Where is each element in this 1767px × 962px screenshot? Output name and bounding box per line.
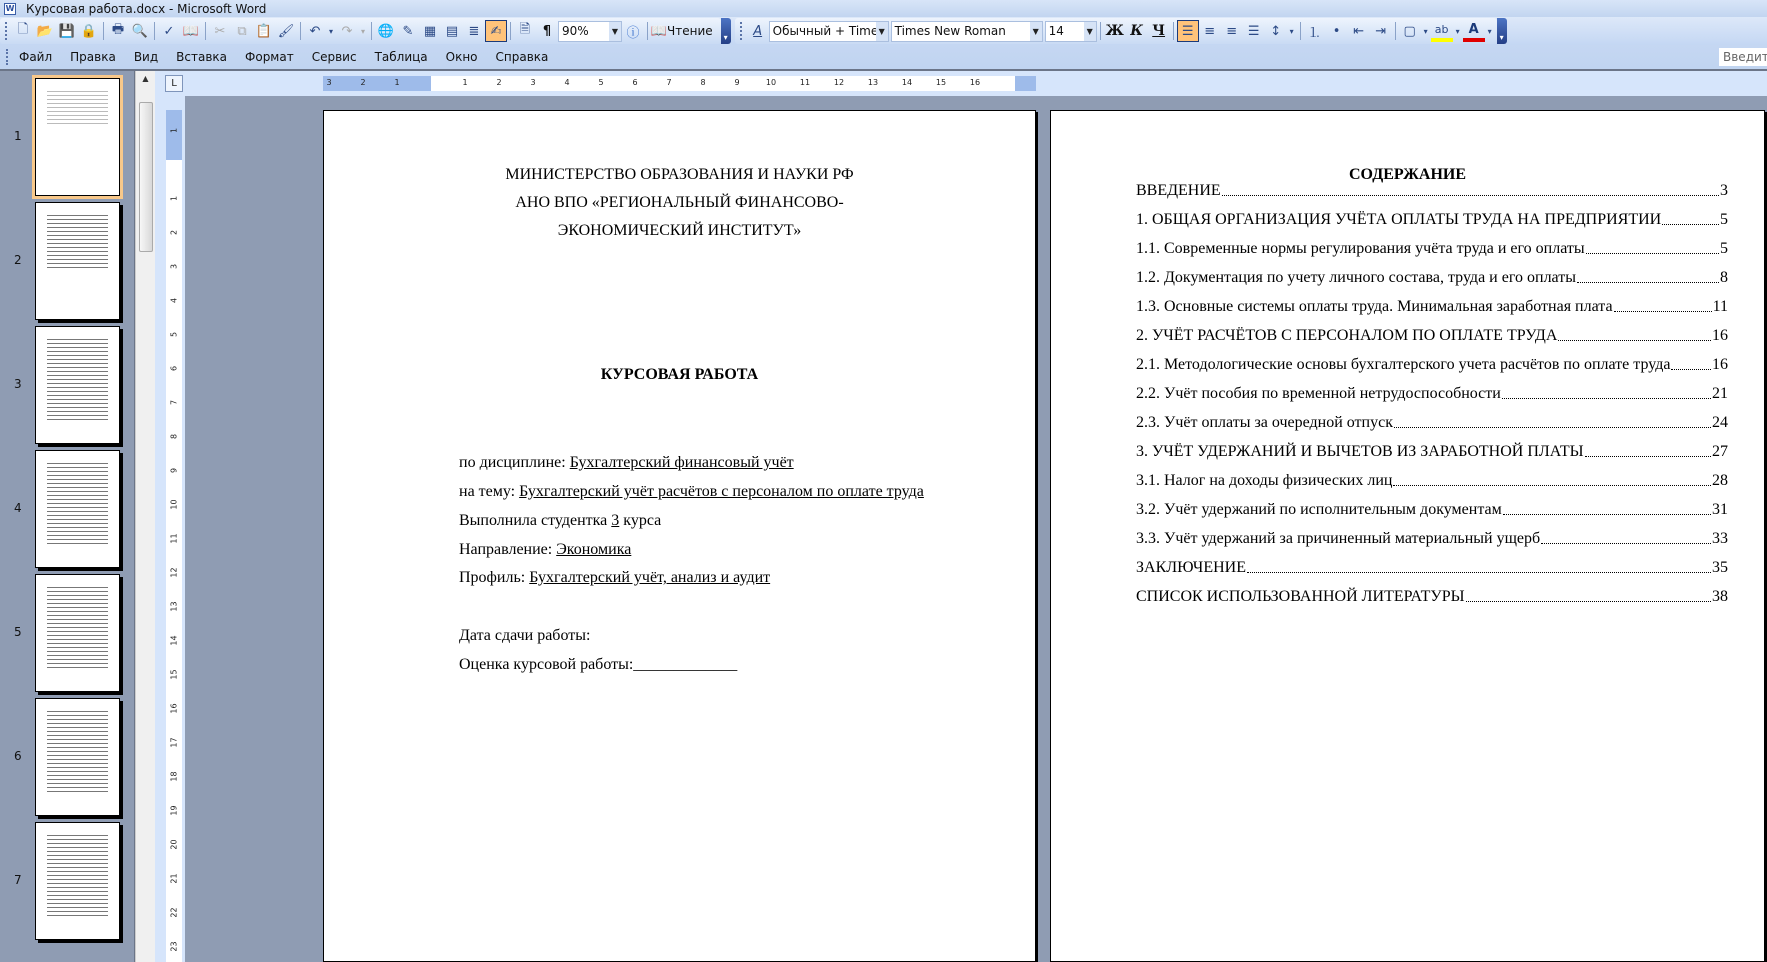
- toolbar-grip[interactable]: [5, 22, 9, 40]
- toc-entry[interactable]: 2.2. Учёт пособия по временной нетрудосп…: [1136, 384, 1728, 404]
- ruler-tick: 15: [170, 667, 179, 683]
- ruler-tick: 16: [170, 701, 179, 717]
- align-left-icon[interactable]: ☰: [1177, 20, 1199, 42]
- font-color-icon[interactable]: A: [1463, 20, 1485, 42]
- thumbnail-page-number: 5: [14, 625, 22, 639]
- toc-entry[interactable]: 3.3. Учёт удержаний за причиненный матер…: [1136, 529, 1728, 549]
- ruler-tick: 1: [462, 78, 467, 87]
- save-icon[interactable]: 💾: [56, 20, 78, 42]
- justify-icon[interactable]: ☰: [1243, 20, 1265, 42]
- horizontal-ruler[interactable]: 32112345678910111213141516: [323, 76, 1036, 91]
- menu-insert[interactable]: Вставка: [167, 50, 236, 64]
- discipline-line: по дисциплине: Бухгалтерский финансовый …: [459, 453, 794, 473]
- ruler-tick: 20: [170, 837, 179, 853]
- thumbnail-page-number: 1: [14, 129, 22, 143]
- ruler-tick: 9: [734, 78, 739, 87]
- ruler-tick: 2: [496, 78, 501, 87]
- font-color-dropdown-icon[interactable]: ▾: [1485, 20, 1495, 42]
- insert-excel-icon[interactable]: ▤: [441, 20, 463, 42]
- format-painter-icon[interactable]: 🖌: [275, 20, 297, 42]
- toc-entry[interactable]: 1.3. Основные системы оплаты труда. Мини…: [1136, 297, 1728, 317]
- font-size-select[interactable]: 14▼: [1045, 21, 1097, 42]
- ruler-tick: 14: [170, 633, 179, 649]
- italic-button[interactable]: К: [1126, 20, 1148, 42]
- redo-icon[interactable]: ↷: [336, 20, 358, 42]
- menu-tools[interactable]: Сервис: [303, 50, 366, 64]
- undo-dropdown-icon[interactable]: ▾: [326, 20, 336, 42]
- ruler-tick: 14: [902, 78, 912, 87]
- page-thumbnail[interactable]: [35, 822, 120, 940]
- menu-file[interactable]: Файл: [10, 50, 61, 64]
- document-map-icon[interactable]: 🗎: [514, 20, 536, 42]
- research-icon[interactable]: 📖: [180, 20, 202, 42]
- page-title-page[interactable]: МИНИСТЕРСТВО ОБРАЗОВАНИЯ И НАУКИ РФ АНО …: [323, 110, 1036, 962]
- ruler-tick: 9: [170, 463, 179, 479]
- insert-table-icon[interactable]: ▦: [419, 20, 441, 42]
- borders-dropdown-icon[interactable]: ▾: [1421, 20, 1431, 42]
- font-select[interactable]: Times New Roman▼: [891, 21, 1043, 42]
- undo-icon[interactable]: ↶: [304, 20, 326, 42]
- formatting-toolbar: A Обычный + Times▼ Times New Roman▼ 14▼ …: [735, 18, 1497, 44]
- ruler-tick: 21: [170, 871, 179, 887]
- page-thumbnail[interactable]: [35, 574, 120, 692]
- help-search-input[interactable]: Введите вопрос: [1719, 48, 1767, 66]
- ruler-tick: 5: [598, 78, 603, 87]
- thumbnail-page-number: 3: [14, 377, 22, 391]
- word-icon[interactable]: W: [4, 3, 16, 15]
- reading-mode-icon[interactable]: 📖: [651, 20, 667, 42]
- paste-icon[interactable]: 📋: [253, 20, 275, 42]
- bold-button[interactable]: Ж: [1104, 20, 1126, 42]
- ruler-tick: 13: [868, 78, 878, 87]
- tables-borders-icon[interactable]: ✎: [397, 20, 419, 42]
- profile-line: Профиль: Бухгалтерский учёт, анализ и ау…: [459, 568, 770, 588]
- show-formatting-icon[interactable]: ¶: [536, 20, 558, 42]
- ruler-tick: 1: [394, 78, 399, 87]
- highlight-icon[interactable]: ab: [1431, 20, 1453, 42]
- page-thumbnail[interactable]: [35, 450, 120, 568]
- line-spacing-dropdown-icon[interactable]: ▾: [1287, 20, 1297, 42]
- ruler-tick: 8: [700, 78, 705, 87]
- ruler-tick: 23: [170, 939, 179, 955]
- institution-header: МИНИСТЕРСТВО ОБРАЗОВАНИЯ И НАУКИ РФ АНО …: [324, 161, 1035, 245]
- thumbnail-scrollbar[interactable]: ▲: [135, 71, 155, 962]
- print-icon[interactable]: 🖶: [107, 20, 129, 42]
- grade-line: Оценка курсовой работы:_____________: [459, 655, 737, 675]
- spelling-icon[interactable]: ✓: [158, 20, 180, 42]
- menu-edit[interactable]: Правка: [61, 50, 125, 64]
- print-preview-icon[interactable]: 🔍: [129, 20, 151, 42]
- ruler-tick: 4: [564, 78, 569, 87]
- menu-format[interactable]: Формат: [236, 50, 303, 64]
- numbering-icon[interactable]: ⒈: [1304, 20, 1326, 42]
- ruler-tick: 11: [800, 78, 810, 87]
- highlight-dropdown-icon[interactable]: ▾: [1453, 20, 1463, 42]
- ruler-tick: 7: [170, 395, 179, 411]
- toolbar-options-button[interactable]: ▾: [1497, 18, 1507, 44]
- ruler-tick: 19: [170, 803, 179, 819]
- toc-entry[interactable]: 2.3. Учёт оплаты за очередной отпуск24: [1136, 413, 1728, 433]
- page-contents[interactable]: СОДЕРЖАНИЕ ВВЕДЕНИЕ31. ОБЩАЯ ОРГАНИЗАЦИЯ…: [1050, 110, 1765, 962]
- ruler-tick: 6: [632, 78, 637, 87]
- align-right-icon[interactable]: ≡: [1221, 20, 1243, 42]
- page-thumbnail[interactable]: [35, 698, 120, 816]
- window-title: Курсовая работа.docx - Microsoft Word: [26, 2, 266, 16]
- menu-help[interactable]: Справка: [487, 50, 558, 64]
- toc-entry[interactable]: 1. ОБЩАЯ ОРГАНИЗАЦИЯ УЧЁТА ОПЛАТЫ ТРУДА …: [1136, 210, 1728, 230]
- toolbar-options-button[interactable]: ▾: [721, 18, 731, 44]
- menu-view[interactable]: Вид: [125, 50, 167, 64]
- zoom-select[interactable]: 90%▼: [558, 21, 622, 42]
- topic-line: на тему: Бухгалтерский учёт расчётов с п…: [459, 482, 924, 502]
- ruler-tick: 10: [170, 497, 179, 513]
- toc-entry[interactable]: 2. УЧЁТ РАСЧЁТОВ С ПЕРСОНАЛОМ ПО ОПЛАТЕ …: [1136, 326, 1728, 346]
- ruler-tick: 5: [170, 327, 179, 343]
- scroll-up-icon[interactable]: ▲: [136, 71, 155, 87]
- ruler-tick: 6: [170, 361, 179, 377]
- page-thumbnail[interactable]: [35, 78, 120, 196]
- ruler-tick: 7: [666, 78, 671, 87]
- ruler-tick: 8: [170, 429, 179, 445]
- vertical-ruler[interactable]: 11234567891011121314151617181920212223: [166, 110, 182, 962]
- reading-mode-button[interactable]: Чтение: [667, 24, 719, 38]
- ruler-tick: 18: [170, 769, 179, 785]
- toc-entry[interactable]: 3. УЧЁТ УДЕРЖАНИЙ И ВЫЧЕТОВ ИЗ ЗАРАБОТНО…: [1136, 442, 1728, 462]
- toc-entry[interactable]: 1.2. Документация по учету личного соста…: [1136, 268, 1728, 288]
- date-line: Дата сдачи работы:: [459, 626, 590, 646]
- toc-entry[interactable]: 1.1. Современные нормы регулирования учё…: [1136, 239, 1728, 259]
- ruler-tick: 12: [834, 78, 844, 87]
- thumbnail-page-number: 4: [14, 501, 22, 515]
- ruler-tick: 16: [970, 78, 980, 87]
- menu-window[interactable]: Окно: [437, 50, 487, 64]
- toc-entry[interactable]: ВВЕДЕНИЕ3: [1136, 181, 1728, 201]
- menu-bar: Файл Правка Вид Вставка Формат Сервис Та…: [0, 45, 1767, 69]
- style-select[interactable]: Обычный + Times▼: [769, 21, 889, 42]
- bullets-icon[interactable]: •: [1326, 20, 1348, 42]
- chevron-down-icon[interactable]: ▼: [876, 22, 888, 41]
- direction-line: Направление: Экономика: [459, 540, 631, 560]
- ruler-tick: 1: [170, 191, 179, 207]
- ruler-tick: 1: [170, 123, 179, 139]
- title-bar: W Курсовая работа.docx - Microsoft Word: [0, 0, 1767, 17]
- page-thumbnail[interactable]: [35, 326, 120, 444]
- tab-selector-icon[interactable]: L: [165, 75, 183, 92]
- new-document-icon[interactable]: 🗋: [12, 20, 34, 42]
- toc-entry[interactable]: 3.2. Учёт удержаний по исполнительным до…: [1136, 500, 1728, 520]
- chevron-down-icon[interactable]: ▼: [1084, 22, 1096, 41]
- increase-indent-icon[interactable]: ⇥: [1370, 20, 1392, 42]
- ruler-tick: 4: [170, 293, 179, 309]
- thumbnail-pane: 1234567: [0, 71, 135, 962]
- ruler-tick: 17: [170, 735, 179, 751]
- line-spacing-icon[interactable]: ↕: [1265, 20, 1287, 42]
- decrease-indent-icon[interactable]: ⇤: [1348, 20, 1370, 42]
- open-folder-icon[interactable]: 📂: [34, 20, 56, 42]
- hyperlink-icon[interactable]: 🌐: [375, 20, 397, 42]
- toolbar: 🗋 📂 💾 🔒 🖶 🔍 ✓ 📖 ✂ ⧉ 📋 🖌 ↶ ▾ ↷ ▾ 🌐 ✎ ▦ ▤ …: [0, 17, 1767, 45]
- toc-entry[interactable]: 3.1. Налог на доходы физических лиц28: [1136, 471, 1728, 491]
- columns-icon[interactable]: ≣: [463, 20, 485, 42]
- thumbnail-page-number: 6: [14, 749, 22, 763]
- borders-icon[interactable]: ▢: [1399, 20, 1421, 42]
- toolbar-grip[interactable]: [740, 22, 744, 40]
- page-thumbnail[interactable]: [35, 202, 120, 320]
- thumbnail-page-number: 2: [14, 253, 22, 267]
- ruler-tick: 22: [170, 905, 179, 921]
- ruler-tick: 3: [326, 78, 331, 87]
- redo-dropdown-icon[interactable]: ▾: [358, 20, 368, 42]
- ruler-tick: 2: [360, 78, 365, 87]
- menu-table[interactable]: Таблица: [366, 50, 437, 64]
- chevron-down-icon[interactable]: ▼: [609, 22, 621, 41]
- student-line: Выполнила студентка 3 курса: [459, 511, 661, 531]
- toc-entry[interactable]: СПИСОК ИСПОЛЬЗОВАННОЙ ЛИТЕРАТУРЫ38: [1136, 587, 1728, 607]
- scrollbar-thumb[interactable]: [139, 102, 153, 252]
- copy-icon[interactable]: ⧉: [231, 20, 253, 42]
- ruler-tick: 15: [936, 78, 946, 87]
- chevron-down-icon[interactable]: ▼: [1030, 22, 1042, 41]
- ruler-tick: 10: [766, 78, 776, 87]
- permission-icon[interactable]: 🔒: [78, 20, 100, 42]
- ruler-tick: 2: [170, 225, 179, 241]
- styles-formatting-icon[interactable]: A: [747, 20, 769, 42]
- ruler-tick: 3: [530, 78, 535, 87]
- ruler-tick: 12: [170, 565, 179, 581]
- toc-entry[interactable]: ЗАКЛЮЧЕНИЕ35: [1136, 558, 1728, 578]
- ruler-tick: 13: [170, 599, 179, 615]
- cut-icon[interactable]: ✂: [209, 20, 231, 42]
- underline-button[interactable]: Ч: [1148, 20, 1170, 42]
- align-center-icon[interactable]: ≡: [1199, 20, 1221, 42]
- thumbnail-page-number: 7: [14, 873, 22, 887]
- help-icon[interactable]: ⓘ: [622, 20, 644, 42]
- document-title: КУРСОВАЯ РАБОТА: [324, 361, 1035, 389]
- drawing-icon[interactable]: ✍: [485, 20, 507, 42]
- toc-entry[interactable]: 2.1. Методологические основы бухгалтерск…: [1136, 355, 1728, 375]
- ruler-tick: 11: [170, 531, 179, 547]
- ruler-tick: 3: [170, 259, 179, 275]
- standard-toolbar: 🗋 📂 💾 🔒 🖶 🔍 ✓ 📖 ✂ ⧉ 📋 🖌 ↶ ▾ ↷ ▾ 🌐 ✎ ▦ ▤ …: [0, 18, 721, 44]
